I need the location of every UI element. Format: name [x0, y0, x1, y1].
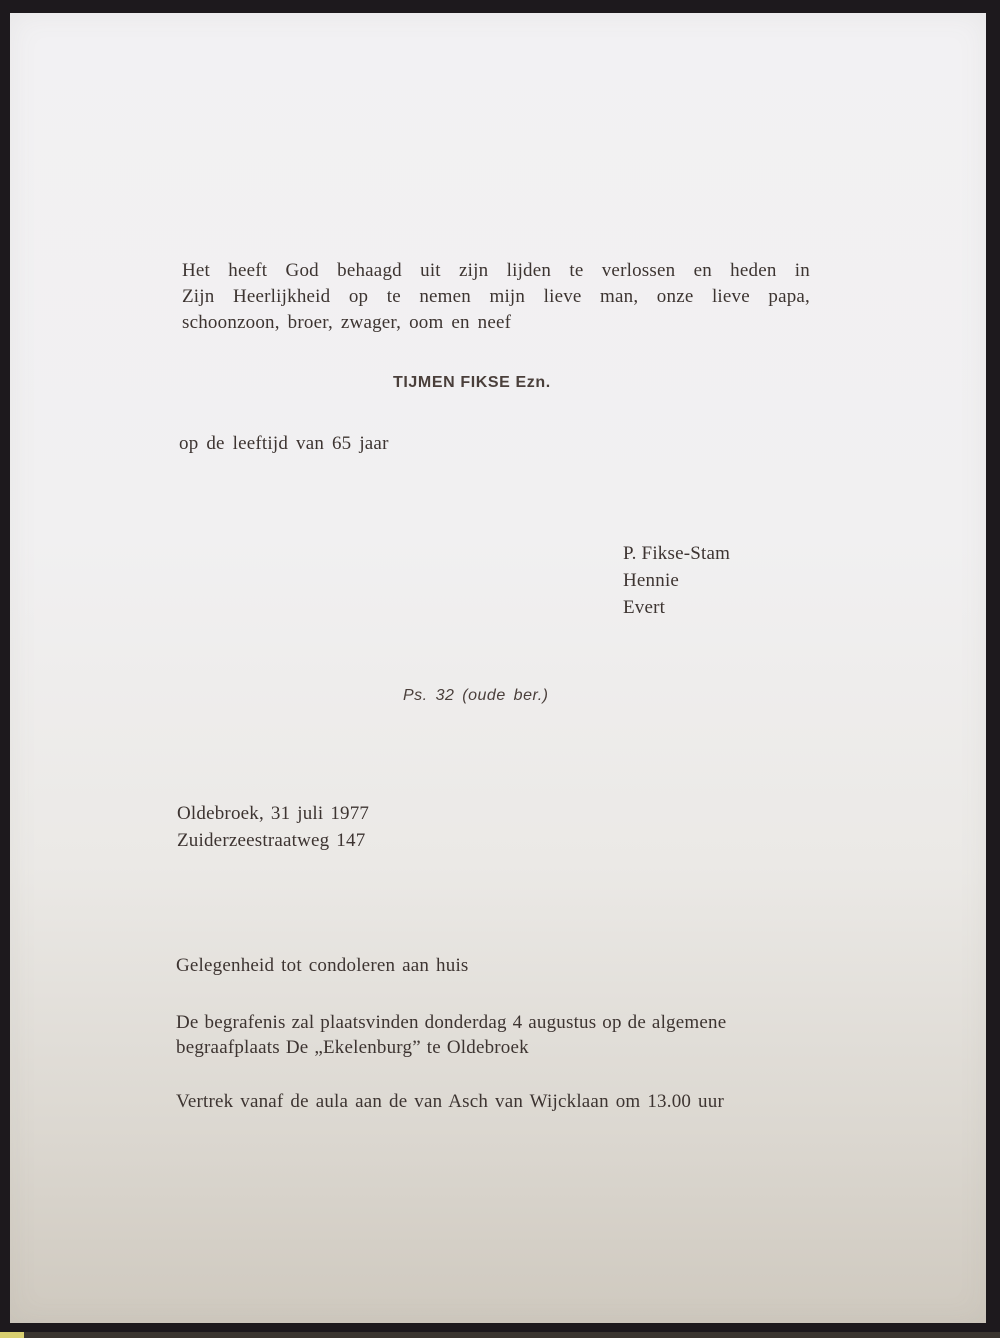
announcement-card: [10, 13, 986, 1323]
table-edge-highlight: [0, 1332, 24, 1338]
psalm-reference: Ps. 32 (oude ber.): [403, 687, 548, 705]
table-edge: [0, 1332, 1000, 1338]
condolence-line: Gelegenheid tot condoleren aan huis: [176, 955, 469, 977]
signers-list: P. Fikse-Stam Hennie Evert: [623, 540, 730, 621]
intro-paragraph: Het heeft God behaagd uit zijn lijden te…: [182, 258, 810, 336]
deceased-name: TIJMEN FIKSE Ezn.: [393, 374, 551, 392]
signer: Evert: [623, 594, 730, 621]
signer: Hennie: [623, 567, 730, 594]
age-line: op de leeftijd van 65 jaar: [179, 433, 389, 455]
funeral-line: De begrafenis zal plaatsvinden donderdag…: [176, 1010, 726, 1035]
place-and-address: Oldebroek, 31 juli 1977 Zuiderzeestraatw…: [177, 800, 369, 854]
intro-line: Zijn Heerlijkheid op te nemen mijn lieve…: [182, 284, 810, 310]
place-date: Oldebroek, 31 juli 1977: [177, 800, 369, 827]
funeral-details: De begrafenis zal plaatsvinden donderdag…: [176, 1010, 726, 1060]
address: Zuiderzeestraatweg 147: [177, 827, 369, 854]
intro-line: Het heeft God behaagd uit zijn lijden te…: [182, 258, 810, 284]
intro-line: schoonzoon, broer, zwager, oom en neef: [182, 310, 810, 336]
signer: P. Fikse-Stam: [623, 540, 730, 567]
departure-line: Vertrek vanaf de aula aan de van Asch va…: [176, 1091, 724, 1113]
funeral-line: begraafplaats De „Ekelenburg” te Oldebro…: [176, 1035, 726, 1060]
